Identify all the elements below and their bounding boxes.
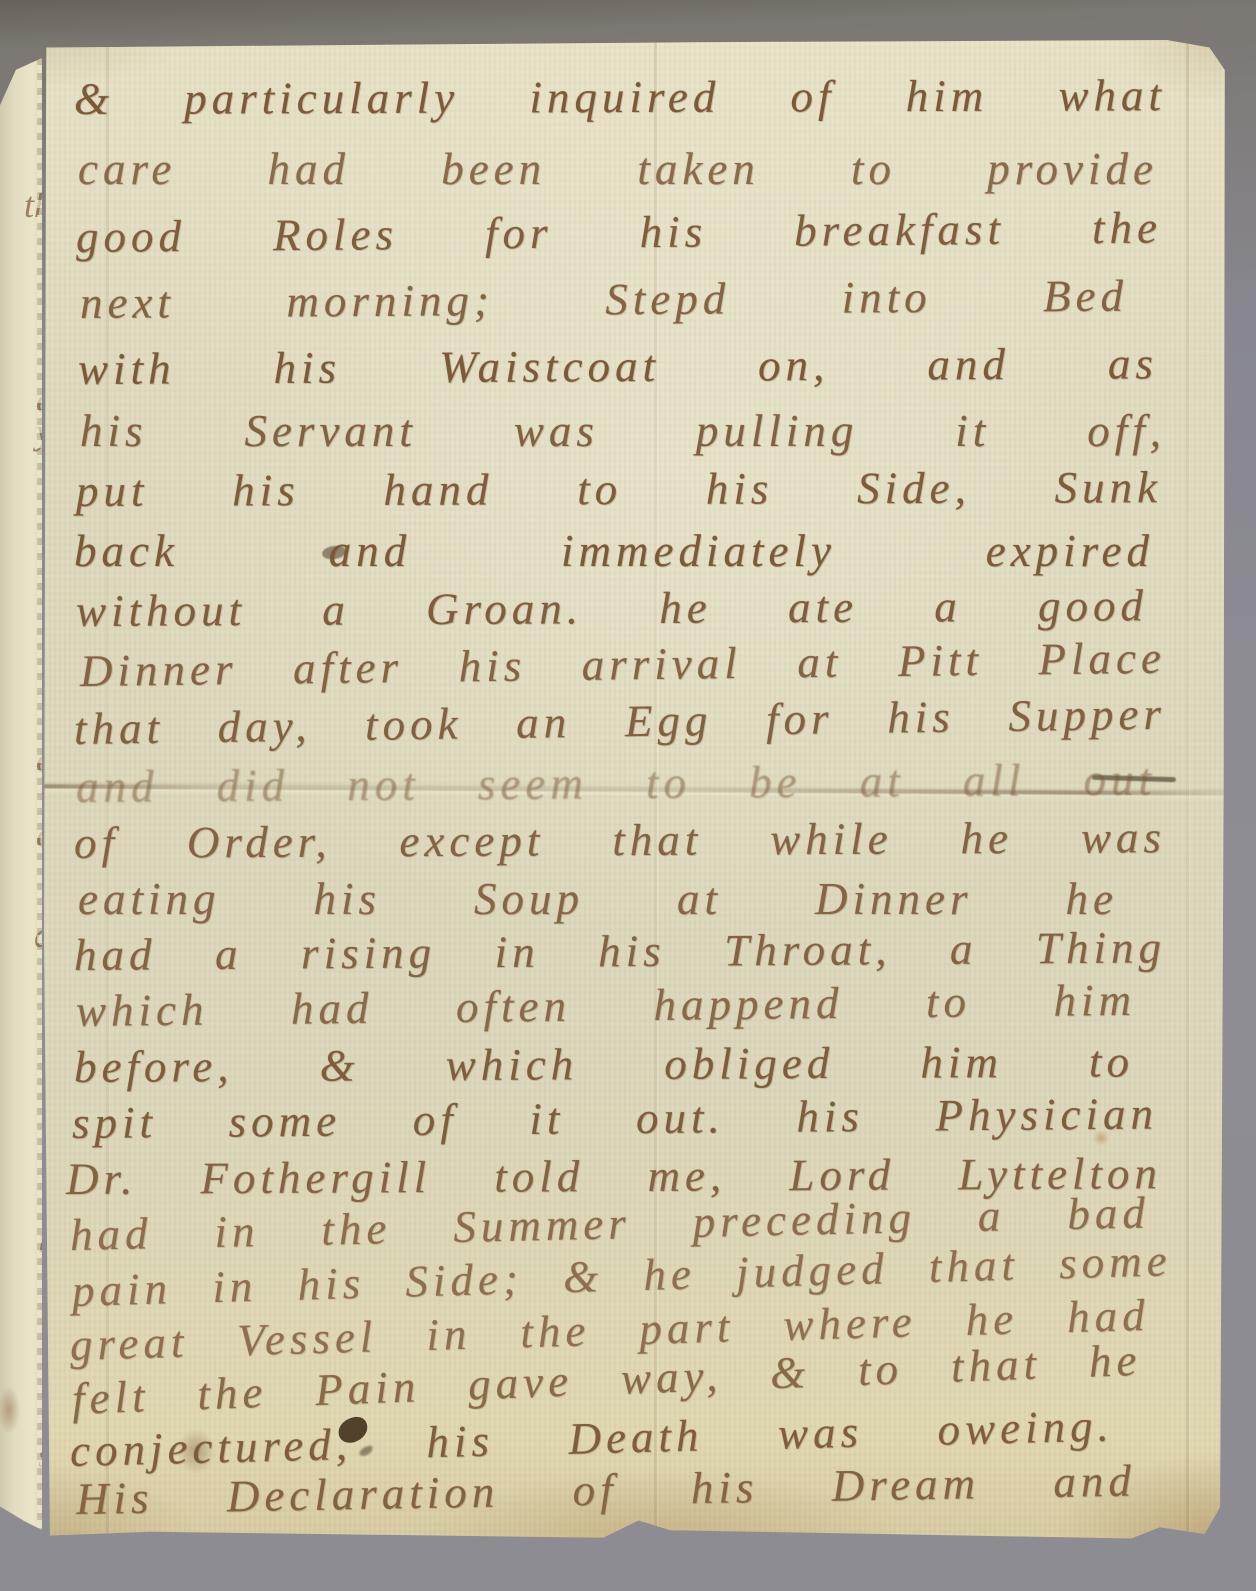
- handwritten-line: which had often happend to him: [76, 971, 1137, 1040]
- letter-page: & particularly inquired of him what care…: [44, 40, 1226, 1540]
- adjacent-page-edge: th t t e y e c a r t f s: [0, 58, 42, 1530]
- handwritten-line: put his hand to his Side, Sunk: [76, 458, 1162, 520]
- handwritten-line: & particularly inquired of him what: [74, 66, 1166, 128]
- handwritten-line: with his Waistcoat on, and as: [78, 334, 1158, 398]
- letter-text: & particularly inquired of him what care…: [44, 40, 1226, 1540]
- handwritten-line: good Roles for his breakfast the: [76, 199, 1162, 266]
- handwritten-line: next morning; Stepd into Bed: [80, 267, 1128, 332]
- handwritten-line: and did not seem to be at all out: [76, 750, 1156, 816]
- fold-seam: [37, 58, 42, 1530]
- handwritten-line: spit some of it out. his Physician: [72, 1085, 1158, 1152]
- handwritten-line: back and immediately expired: [74, 522, 1154, 580]
- handwritten-line: his Servant was pulling it off,: [80, 402, 1166, 460]
- handwritten-line: care had been taken to provide: [78, 140, 1158, 198]
- smudge-stain: [0, 1378, 24, 1442]
- handwritten-line: of Order, except that while he was: [74, 808, 1166, 872]
- manuscript-photo: th t t e y e c a r t f s & particularly …: [0, 0, 1256, 1591]
